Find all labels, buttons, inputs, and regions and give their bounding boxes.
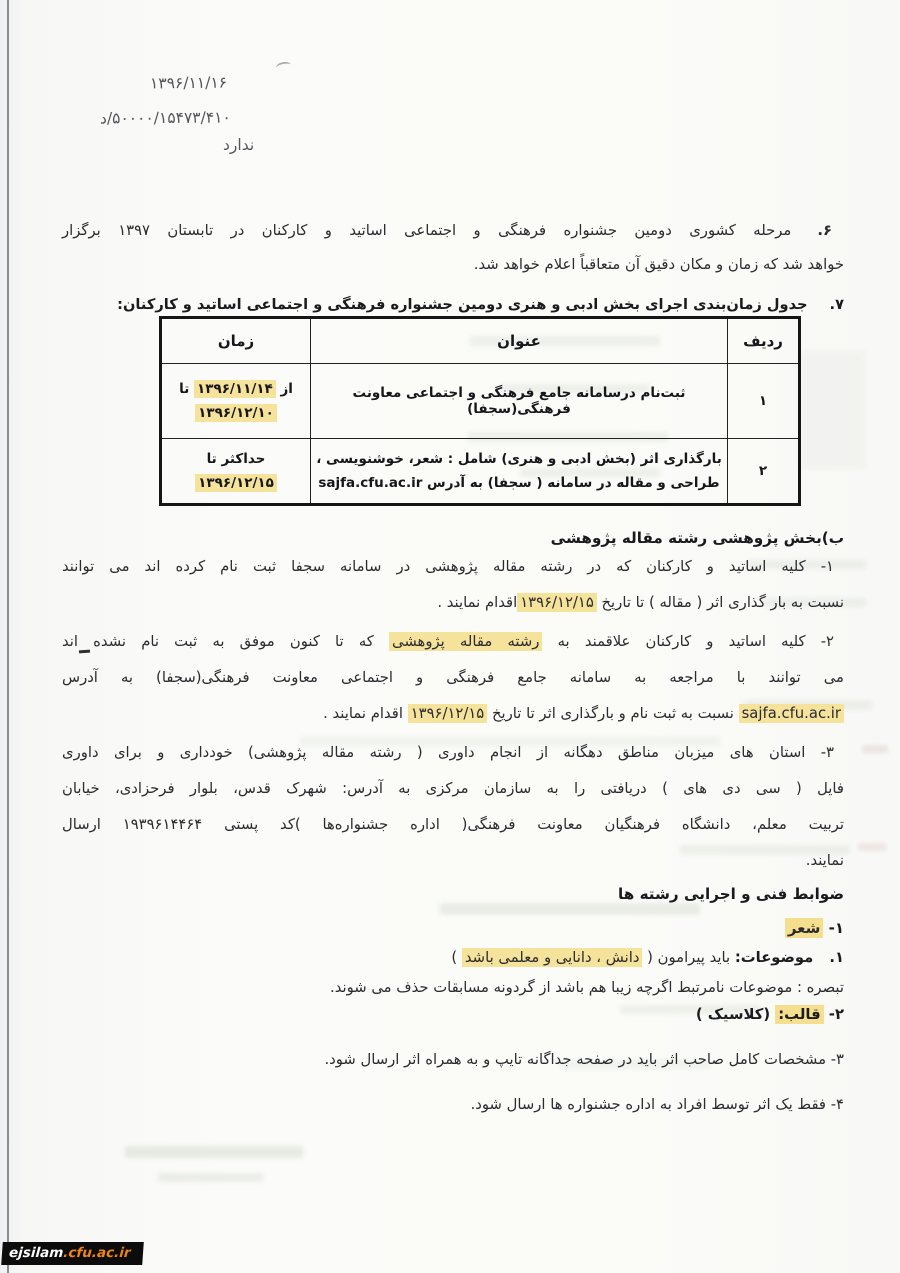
b1-line2-text: نسبت به بار گذاری اثر ( مقاله ) تا تاریخ — [597, 594, 844, 611]
row1-time-from: از — [276, 381, 293, 397]
poetry-rule-author-info: ۳- مشخصات کامل صاحب اثر باید در صفحه جدا… — [62, 1042, 844, 1078]
item-7-heading-text: جدول زمان‌بندی اجرای بخش ادبی و هنری دوم… — [117, 296, 807, 313]
paragraph-6-line2: خواهد شد که زمان و مکان دقیق آن متعاقباً… — [62, 248, 844, 282]
section-c-heading: ضوابط فنی و اجرایی رشته ها — [62, 876, 844, 912]
row2-title-line1: بارگذاری اثر (بخش ادبی و هنری) شامل : شع… — [315, 447, 723, 471]
b2-field-highlight: رشته مقاله پژوهشی — [389, 632, 542, 651]
section-b-paragraph-3: ۳- استان های میزبان مناطق دهگانه از انجا… — [62, 735, 844, 879]
schedule-table: ردیف عنوان زمان ۱ ثبت‌نام درسامانه جامع … — [159, 316, 801, 506]
ghost-mark — [858, 843, 886, 851]
b2-line3-text: نسبت به ثبت نام و بارگذاری اثر تا تاریخ — [487, 705, 738, 722]
section-b-paragraph-2: ۲- کلیه اساتید و کارکنان علاقمند به رشته… — [62, 624, 844, 732]
ghost-mark — [158, 1173, 263, 1182]
ghost-mark — [800, 350, 866, 470]
row2-time-line2: ۱۳۹۶/۱۲/۱۵ — [166, 471, 306, 495]
b2-line1: ۲- کلیه اساتید و کارکنان علاقمند به رشته… — [62, 624, 844, 660]
row1-time-line1: از ۱۳۹۶/۱۱/۱۴ تا — [166, 377, 306, 401]
row1-title-cell: ثبت‌نام درسامانه جامع فرهنگی و اجتماعی م… — [311, 364, 728, 439]
row2-title-line2: طراحی و مقاله در سامانه ( سجفا) به آدرس … — [315, 471, 723, 495]
header-cell-time: زمان — [161, 318, 311, 364]
poetry-title-highlight: شعر — [785, 918, 824, 938]
b3-line2: فایل ( سی دی های ) دریافتی را به سازمان … — [62, 771, 844, 807]
b2-line1-text: ۲- کلیه اساتید و کارکنان علاقمند به — [542, 633, 834, 650]
format-label-highlight: قالب: — [775, 1005, 823, 1024]
stray-pen-squiggle — [275, 61, 292, 73]
topics-tail: ) — [451, 949, 461, 966]
discipline-1-number: ۱- — [823, 919, 844, 937]
b1-line2: نسبت به بار گذاری اثر ( مقاله ) تا تاریخ… — [62, 585, 844, 621]
b2-line3-tail: اقدام نمایند . — [323, 705, 408, 722]
b3-line4: نمایند. — [62, 843, 844, 879]
format-value: (کلاسیک ) — [696, 1006, 775, 1023]
row1-time-to: تا — [179, 381, 194, 397]
site-watermark: ejsilam.cfu.ac.ir — [1, 1242, 143, 1265]
schedule-table-row-2: ۲ بارگذاری اثر (بخش ادبی و هنری) شامل : … — [161, 439, 800, 505]
ghost-mark — [125, 1146, 303, 1158]
letter-attachment-status: ندارد — [223, 136, 254, 154]
b1-line2-tail: اقدام نمایند . — [437, 594, 517, 611]
b2-line2: می توانند با مراجعه به سامانه جامع فرهنگ… — [62, 660, 844, 696]
scanned-letter-page: ۱۳۹۶/۱۱/۱۶ د/۵۰۰۰۰/۱۵۴۷۳/۴۱۰ ندارد ۶.مرح… — [0, 0, 900, 1273]
topics-text: باید پیرامون ( — [642, 949, 734, 966]
header-cell-rank: ردیف — [728, 318, 800, 364]
watermark-site-domain: .cfu.ac.ir — [63, 1245, 131, 1261]
b1-line1: ۱- کلیه اساتید و کارکنان که در رشته مقال… — [62, 549, 844, 585]
paragraph-6-line1: ۶.مرحله کشوری دومین جشنواره فرهنگی و اجت… — [62, 214, 844, 248]
b3-line1: ۳- استان های میزبان مناطق دهگانه از انجا… — [62, 735, 844, 771]
row2-time-line1: حداکثر تا — [166, 447, 306, 471]
rule-2-number: ۲- — [824, 1006, 844, 1023]
topics-highlight: دانش ، دانایی و معلمی باشد — [462, 948, 643, 967]
b2-url-highlight: sajfa.cfu.ac.ir — [739, 704, 844, 723]
row2-title-cell: بارگذاری اثر (بخش ادبی و هنری) شامل : شع… — [311, 439, 728, 505]
topics-label: موضوعات: — [735, 949, 813, 966]
section-b-paragraph-1: ۱- کلیه اساتید و کارکنان که در رشته مقال… — [62, 549, 844, 621]
item-6-number: ۶. — [817, 222, 832, 239]
poetry-rule-format: ۲- قالب: (کلاسیک ) — [62, 997, 844, 1033]
poetry-rule-single-entry: ۴- فقط یک اثر توسط افراد به اداره جشنوار… — [62, 1087, 844, 1123]
row2-time-cell: حداکثر تا ۱۳۹۶/۱۲/۱۵ — [161, 439, 311, 505]
b1-deadline-highlight: ۱۳۹۶/۱۲/۱۵ — [517, 593, 597, 612]
header-cell-title: عنوان — [311, 318, 728, 364]
b3-line3: تربیت معلم، دانشگاه فرهنگیان معاونت فرهن… — [62, 807, 844, 843]
rule-1-number: ۱. — [829, 949, 844, 966]
schedule-table-header-row: ردیف عنوان زمان — [161, 318, 800, 364]
letter-date-handwritten: ۱۳۹۶/۱۱/۱۶ — [150, 74, 227, 93]
row1-rank-cell: ۱ — [728, 364, 800, 439]
ghost-mark — [862, 745, 888, 753]
b2-line1-tail: که تا کنون موفق به ثبت نام نشده اند — [62, 633, 389, 650]
row1-time-date1-highlight: ۱۳۹۶/۱۱/۱۴ — [194, 380, 276, 398]
b2-deadline-highlight: ۱۳۹۶/۱۲/۱۵ — [408, 704, 488, 723]
item-7-number: ۷. — [830, 296, 844, 313]
watermark-site-name: ejsilam — [8, 1245, 63, 1261]
row2-time-date-highlight: ۱۳۹۶/۱۲/۱۵ — [195, 474, 277, 492]
paragraph-item-6: ۶.مرحله کشوری دومین جشنواره فرهنگی و اجت… — [62, 214, 844, 282]
letter-ref-number-handwritten: د/۵۰۰۰۰/۱۵۴۷۳/۴۱۰ — [100, 109, 231, 128]
row1-time-line2: ۱۳۹۶/۱۲/۱۰ — [166, 401, 306, 425]
paragraph-6-line1-text: مرحله کشوری دومین جشنواره فرهنگی و اجتما… — [62, 222, 791, 239]
row1-time-date2-highlight: ۱۳۹۶/۱۲/۱۰ — [195, 404, 277, 422]
schedule-table-row-1: ۱ ثبت‌نام درسامانه جامع فرهنگی و اجتماعی… — [161, 364, 800, 439]
row1-time-cell: از ۱۳۹۶/۱۱/۱۴ تا ۱۳۹۶/۱۲/۱۰ — [161, 364, 311, 439]
b2-line3: sajfa.cfu.ac.ir نسبت به ثبت نام و بارگذا… — [62, 696, 844, 732]
row2-rank-cell: ۲ — [728, 439, 800, 505]
scan-edge-line — [7, 0, 9, 1273]
